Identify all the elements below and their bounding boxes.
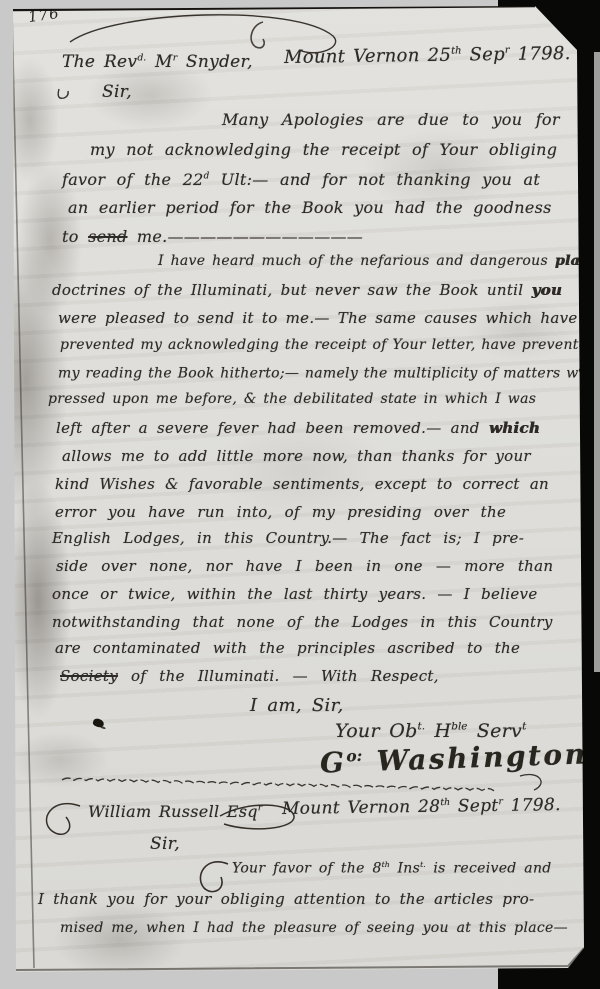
- manuscript-line-body: my not acknowledging the receipt of Your…: [90, 140, 557, 159]
- manuscript-line-body: pressed upon me before, & the debilitate…: [48, 391, 536, 407]
- manuscript-line-body: I have heard much of the nefarious and d…: [158, 253, 600, 269]
- pen-flourish-signature-tail: [520, 775, 541, 790]
- divider-squiggle: [62, 778, 494, 791]
- manuscript-line-body: mised me, when I had the pleasure of see…: [60, 920, 568, 936]
- manuscript-line-body: once or twice, within the last thirty ye…: [52, 585, 538, 603]
- paper-top-edge: [13, 6, 535, 10]
- paper-left-edge: [12, 10, 34, 968]
- pen-mark-c: [251, 22, 264, 48]
- manuscript-line-body: side over none, nor have I been in one —…: [56, 557, 553, 575]
- manuscript-line-addressee: The Revd. Mr Snyder,: [62, 52, 253, 72]
- manuscript-line-body: doctrines of the Illuminati, but never s…: [52, 281, 562, 299]
- manuscript-line-signature: Go: Washington: [320, 737, 588, 779]
- manuscript-line-body: prevented my acknowledging the receipt o…: [60, 337, 597, 353]
- pen-flourish-y: [200, 862, 228, 892]
- manuscript-line-body: I thank you for your obliging attention …: [38, 890, 534, 908]
- manuscript-line-dateline: Mount Vernon 25th Sepr 1798.: [284, 43, 571, 68]
- paper-bottom-edge: [16, 948, 584, 970]
- manuscript-line-body: left after a severe fever had been remov…: [56, 419, 540, 437]
- scan-edge-sliver: [594, 52, 600, 672]
- pen-mark-nu: [58, 89, 68, 98]
- manuscript-line-addressee: William Russell Esqr: [88, 802, 262, 821]
- manuscript-line-body: are contaminated with the principles asc…: [55, 639, 520, 657]
- manuscript-line-body: kind Wishes & favorable sentiments, exce…: [55, 475, 549, 493]
- page-number: 176: [27, 4, 61, 26]
- manuscript-line-body: were pleased to send it to me.— The same…: [58, 309, 578, 327]
- ink-blot: [92, 717, 105, 728]
- manuscript-line-body: notwithstanding that none of the Lodges …: [52, 613, 553, 631]
- manuscript-line-closing: I am, Sir,: [250, 695, 344, 716]
- manuscript-line-body: Many Apologies are due to you for: [222, 110, 560, 129]
- manuscript-line-body: favor of the 22d Ult:— and for not thank…: [62, 170, 540, 189]
- manuscript-line-body: Society of the Illuminati. — With Respec…: [60, 667, 439, 685]
- manuscript-line-body: error you have run into, of my presiding…: [55, 503, 506, 521]
- manuscript-line-salutation: Sir,: [150, 834, 180, 854]
- manuscript-line-closing: Your Obt. Hble Servt: [335, 720, 526, 742]
- manuscript-line-body: to send me.————————————: [62, 227, 363, 246]
- paper: 176 The Revd. Mr Snyder,Mount Vernon 25t…: [0, 0, 600, 989]
- scanned-manuscript-page: { "page": { "number": "176", "kind": "ha…: [0, 0, 600, 989]
- manuscript-line-body: an earlier period for the Book you had t…: [68, 198, 552, 217]
- manuscript-line-salutation: Sir,: [102, 82, 132, 102]
- manuscript-line-body: English Lodges, in this Country.— The fa…: [52, 529, 524, 547]
- manuscript-line-body: Your favor of the 8th Inst. is received …: [232, 860, 552, 877]
- manuscript-line-body: allows me to add little more now, than t…: [62, 447, 531, 465]
- pen-flourish-russell-left: [47, 804, 80, 835]
- manuscript-line-dateline: Mount Vernon 28th Septr 1798.: [282, 795, 561, 819]
- manuscript-line-body: my reading the Book hitherto;— namely th…: [58, 365, 588, 382]
